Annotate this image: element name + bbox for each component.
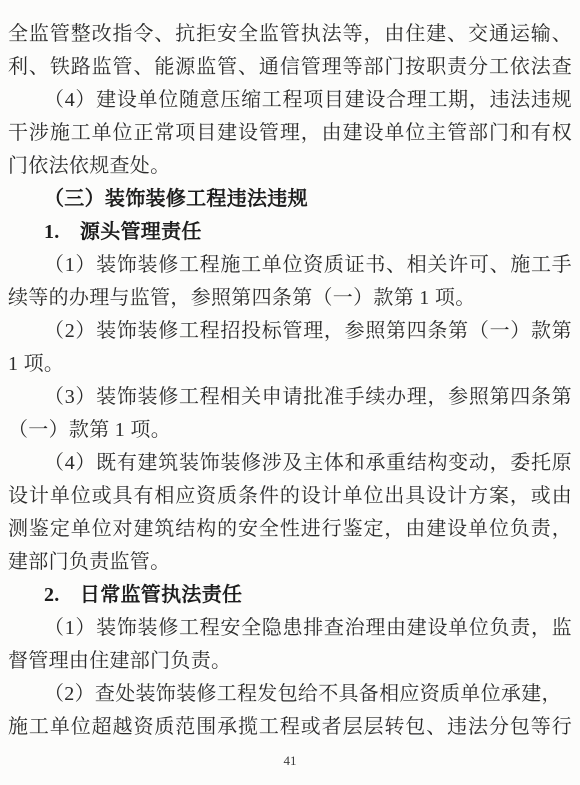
text-line: 续等的办理与监管，参照第四条第（一）款第 1 项。	[8, 282, 572, 315]
text-line: （2）装饰装修工程招投标管理，参照第四条第（一）款第	[8, 315, 572, 348]
text-line: （4）建设单位随意压缩工程项目建设合理工期，违法违规	[8, 84, 572, 117]
text-line: （4）既有建筑装饰装修涉及主体和承重结构变动，委托原	[8, 447, 572, 480]
page-number: 41	[0, 753, 580, 769]
text-line: 1 项。	[8, 348, 572, 381]
text-line: （1）装饰装修工程施工单位资质证书、相关许可、施工手	[8, 249, 572, 282]
text-line: 督管理由住建部门负责。	[8, 645, 572, 678]
subsection-heading: 2. 日常监管执法责任	[8, 579, 572, 612]
document-page: 全监管整改指令、抗拒安全监管执法等，由住建、交通运输、水 利、铁路监管、能源监管…	[0, 0, 580, 785]
text-line: 利、铁路监管、能源监管、通信管理等部门按职责分工依法查处。	[8, 51, 572, 84]
document-body: 全监管整改指令、抗拒安全监管执法等，由住建、交通运输、水 利、铁路监管、能源监管…	[8, 18, 572, 744]
text-line: （3）装饰装修工程相关申请批准手续办理，参照第四条第	[8, 381, 572, 414]
text-line: （一）款第 1 项。	[8, 414, 572, 447]
section-heading: （三）装饰装修工程违法违规	[8, 183, 572, 216]
text-line: 施工单位超越资质范围承揽工程或者层层转包、违法分包等行	[8, 711, 572, 744]
text-line: 全监管整改指令、抗拒安全监管执法等，由住建、交通运输、水	[8, 18, 572, 51]
text-line: 干涉施工单位正常项目建设管理，由建设单位主管部门和有权部	[8, 117, 572, 150]
text-line: 门依法依规查处。	[8, 150, 572, 183]
subsection-heading: 1. 源头管理责任	[8, 216, 572, 249]
text-line: 建部门负责监管。	[8, 546, 572, 579]
text-line: （2）查处装饰装修工程发包给不具备相应资质单位承建，	[8, 678, 572, 711]
text-line: （1）装饰装修工程安全隐患排查治理由建设单位负责，监	[8, 612, 572, 645]
text-line: 测鉴定单位对建筑结构的安全性进行鉴定，由建设单位负责，住	[8, 513, 572, 546]
text-line: 设计单位或具有相应资质条件的设计单位出具设计方案，或由检	[8, 480, 572, 513]
